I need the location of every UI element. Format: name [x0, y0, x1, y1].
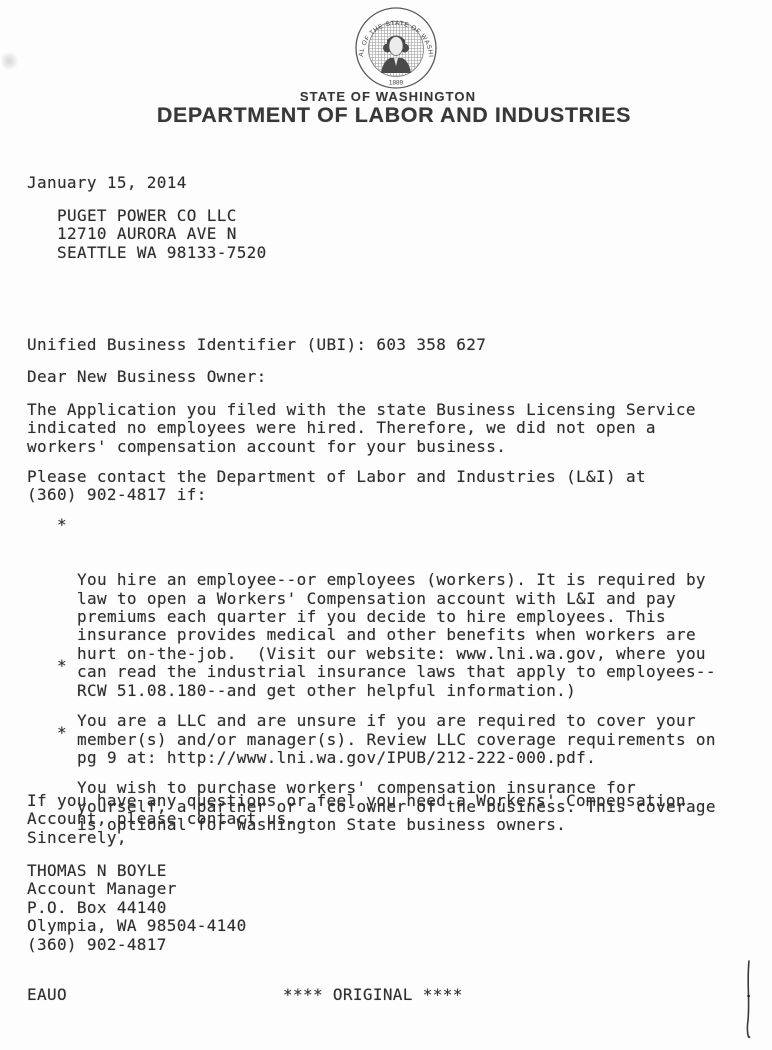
- original-stamp: **** ORIGINAL ****: [283, 986, 463, 1004]
- salutation: Dear New Business Owner:: [27, 368, 267, 386]
- letterhead-department-title: DEPARTMENT OF LABOR AND INDUSTRIES: [44, 103, 744, 128]
- asterisk-bullet-marker: *: [57, 657, 67, 675]
- seal-graphic: THE SEAL OF THE STATE OF WASHINGTON 1889: [354, 6, 438, 90]
- asterisk-bullet-marker: *: [57, 724, 67, 742]
- scanned-letter-page: THE SEAL OF THE STATE OF WASHINGTON 1889…: [0, 0, 772, 1050]
- portrait-face: [389, 37, 403, 56]
- letterhead-state-line: STATE OF WASHINGTON: [38, 89, 738, 104]
- washington-state-seal-icon: THE SEAL OF THE STATE OF WASHINGTON 1889: [354, 6, 438, 90]
- recipient-address: PUGET POWER CO LLC 12710 AURORA AVE N SE…: [57, 207, 267, 262]
- signoff: Sincerely,: [27, 829, 127, 847]
- signature-block: THOMAS N BOYLE Account Manager P.O. Box …: [27, 862, 247, 954]
- seal-year: 1889: [389, 80, 404, 87]
- letter-date: January 15, 2014: [27, 174, 187, 192]
- scan-artifact-line: [736, 953, 760, 1049]
- footer-code: EAUO: [27, 986, 67, 1004]
- ubi-line: Unified Business Identifier (UBI): 603 3…: [27, 336, 486, 354]
- asterisk-bullet-marker: *: [57, 516, 67, 534]
- scan-speckle: [2, 52, 20, 72]
- closing-paragraph: If you have any questions or feel you ne…: [27, 792, 686, 829]
- body-paragraph-1: The Application you filed with the state…: [27, 401, 696, 456]
- body-paragraph-2: Please contact the Department of Labor a…: [27, 468, 646, 505]
